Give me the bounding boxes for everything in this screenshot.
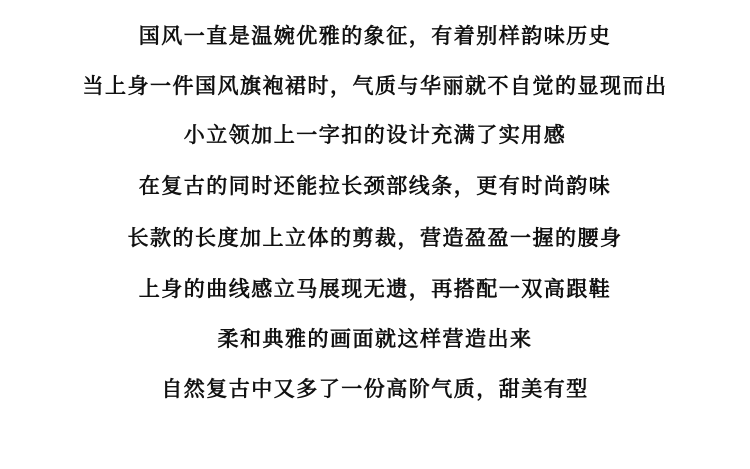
text-line-2: 当上身一件国风旗袍裙时，气质与华丽就不自觉的显现而出 [0,74,750,98]
text-line-5: 长款的长度加上立体的剪裁，营造盈盈一握的腰身 [0,226,750,250]
text-line-7: 柔和典雅的画面就这样营造出来 [0,327,750,351]
text-line-4: 在复古的同时还能拉长颈部线条，更有时尚韵味 [0,174,750,198]
text-line-6: 上身的曲线感立马展现无遗，再搭配一双高跟鞋 [0,277,750,301]
text-line-8: 自然复古中又多了一份高阶气质，甜美有型 [0,377,750,401]
text-line-3: 小立领加上一字扣的设计充满了实用感 [0,123,750,147]
text-line-1: 国风一直是温婉优雅的象征，有着别样韵味历史 [0,24,750,48]
